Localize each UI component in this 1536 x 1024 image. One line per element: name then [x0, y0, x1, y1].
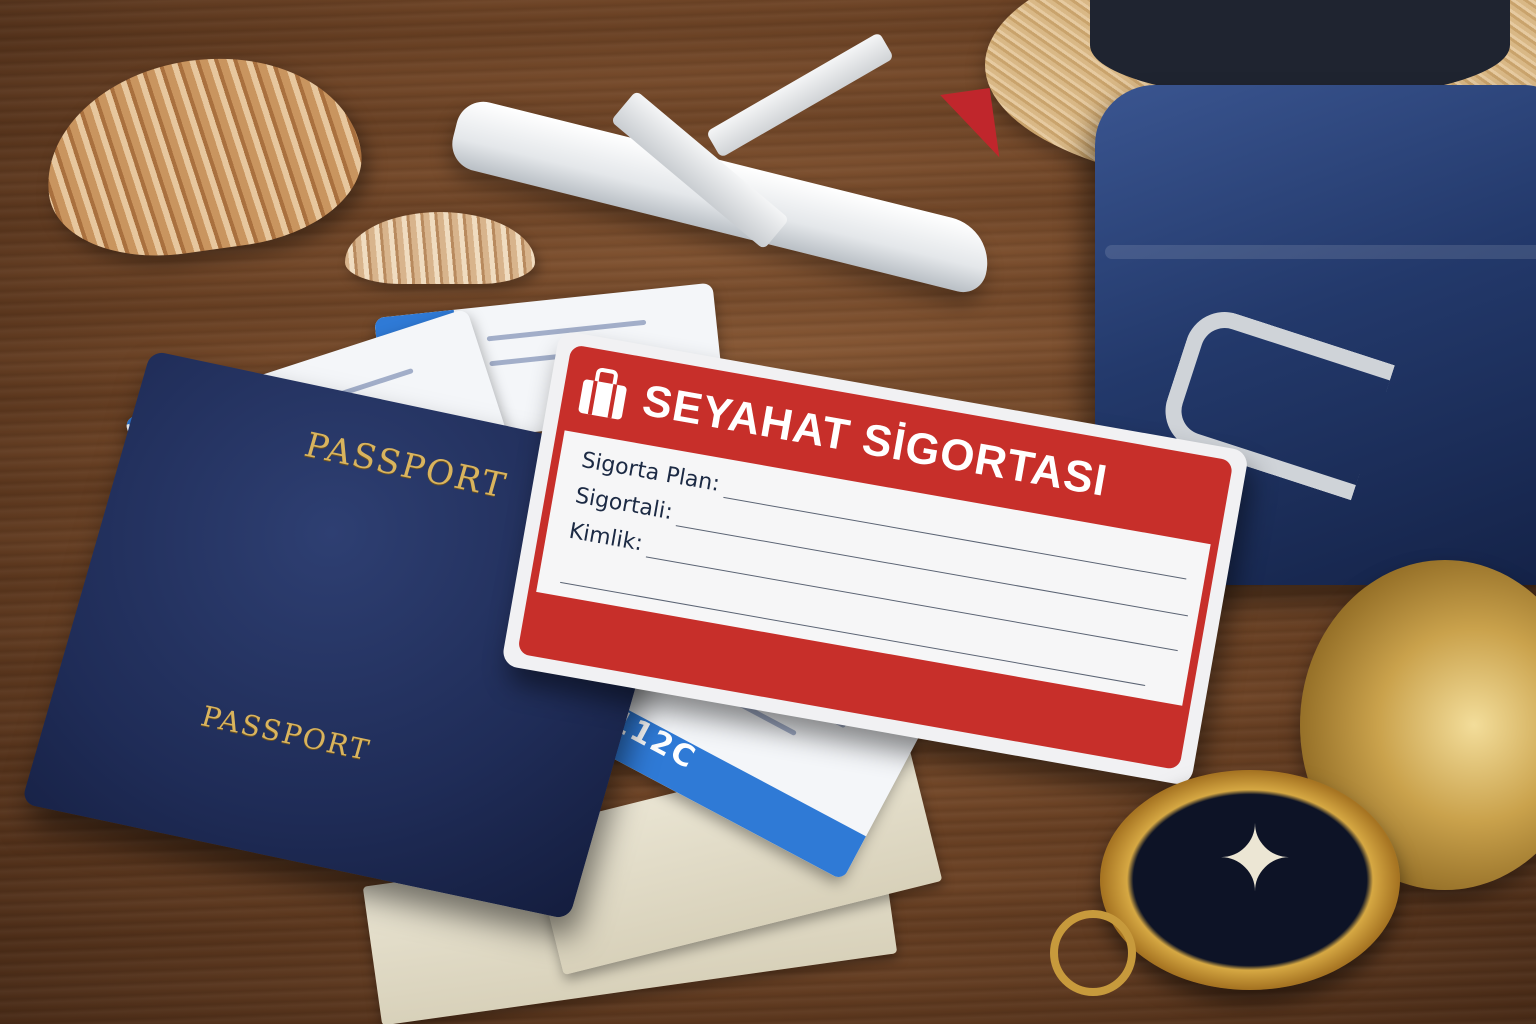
passport-title-top: PASSPORT — [300, 425, 511, 506]
passport-title-bottom: PASSPORT — [197, 700, 374, 767]
seashell-small — [345, 212, 535, 284]
seashell-large — [33, 39, 371, 271]
suitcase-icon — [574, 362, 634, 422]
suitcase-rib — [1105, 245, 1536, 259]
field-label: Sigortali: — [573, 483, 674, 525]
card-form-area: Sigorta Plan: Sigortali: Kimlik: — [536, 430, 1211, 705]
field-line — [646, 555, 1178, 651]
airplane-wing-far — [706, 32, 894, 158]
compass-rose-icon: ✦ — [1215, 820, 1295, 900]
compass-ring — [1050, 910, 1136, 996]
airplane-tail — [886, 88, 1000, 172]
blank-line — [560, 582, 1145, 686]
field-label: Kimlik: — [567, 519, 645, 557]
